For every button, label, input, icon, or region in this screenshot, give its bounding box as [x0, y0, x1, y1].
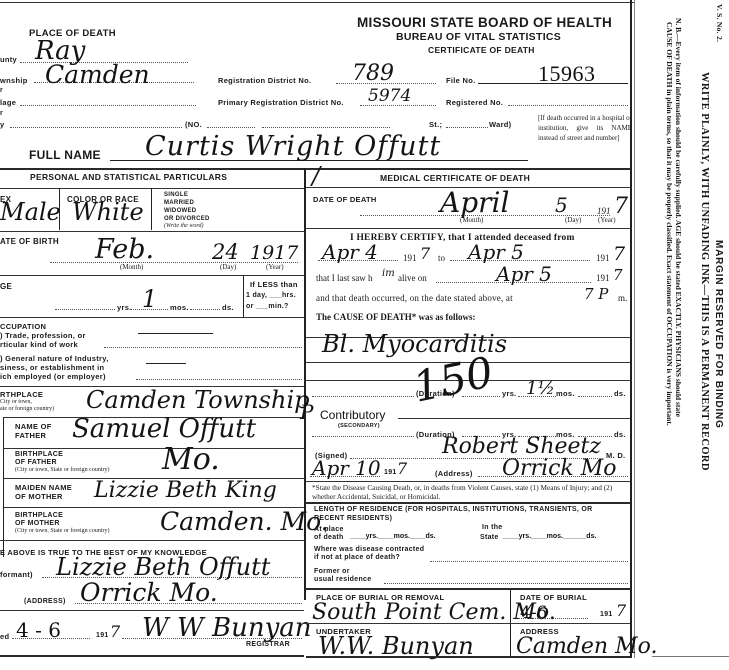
residence-heading-2: RECENT RESIDENTS) — [314, 515, 392, 522]
signed-date-line — [310, 476, 380, 477]
address-value[interactable]: Orrick Mo — [502, 456, 617, 481]
birthplace-label-3: ate or foreign country) — [0, 406, 54, 412]
death-day-caption: (Day) — [565, 216, 581, 224]
certificate-type: CERTIFICATE OF DEATH — [428, 45, 535, 55]
death-year-suffix[interactable]: 7 — [614, 194, 628, 219]
township-label: wnship — [0, 76, 28, 85]
disease-contracted-label-1: Where was disease contracted — [314, 546, 424, 553]
father-bp-label-3: (City or town, State or foreign country) — [15, 467, 109, 473]
mother-bp-label-2: OF MOTHER — [15, 520, 60, 527]
registration-district-label: Registration District No. — [218, 76, 311, 85]
father-name-label-2: FATHER — [15, 431, 46, 440]
death-time-suffix: m. — [618, 293, 627, 303]
death-month[interactable]: April — [440, 186, 509, 219]
duration-mos-value[interactable]: 1½ — [526, 378, 555, 399]
industry-label-1: ) General nature of Industry, — [0, 354, 109, 363]
occupation-line — [104, 347, 302, 348]
attended-to-year-suffix[interactable]: 7 — [613, 243, 625, 265]
occupation-label-2: ) Trade, profession, or — [0, 331, 86, 340]
mother-name-label-2: OF MOTHER — [15, 492, 63, 501]
disease-contracted-label-2: if not at place of death? — [314, 554, 400, 561]
father-name-value[interactable]: Samuel Offutt — [72, 414, 256, 444]
village-line[interactable] — [20, 105, 196, 106]
marital-widowed: WIDOWED — [164, 208, 196, 214]
bureau-subtitle: BUREAU OF VITAL STATISTICS — [396, 31, 561, 43]
death-day[interactable]: 5 — [555, 193, 568, 217]
duration-mos-label-1: mos. — [556, 389, 575, 398]
contributory-line[interactable] — [398, 418, 630, 419]
address-label: (Address) — [435, 469, 473, 478]
attended-to-label: to — [438, 253, 445, 263]
certify-text: I HEREBY CERTIFY, that I attended deceas… — [350, 233, 575, 243]
former-residence-line[interactable] — [384, 583, 628, 584]
duration-yrs-label-1: yrs. — [502, 389, 517, 398]
margin-reserved-text: MARGIN RESERVED FOR BINDING — [713, 240, 724, 429]
instruction-note-2: CAUSE OF DEATH in plain terms, so that i… — [665, 22, 674, 426]
informant-divider — [0, 610, 304, 611]
marital-divider — [0, 231, 304, 232]
sex-value[interactable]: Male — [0, 198, 61, 226]
occupation-label-3: rticular kind of work — [0, 340, 78, 349]
parents-left-border — [3, 417, 4, 557]
filed-date[interactable]: 4 - 6 — [16, 618, 61, 642]
race-divider — [151, 188, 152, 230]
occupation-value-dash[interactable] — [138, 333, 213, 334]
industry-label-3: ich employed (or employer) — [0, 372, 106, 381]
less-than-line-1: If LESS than — [250, 280, 298, 289]
age-yrs-label: yrs. — [117, 303, 132, 312]
last-saw-text-1: that I last saw h — [316, 273, 373, 283]
registered-no-line[interactable] — [508, 105, 628, 106]
township-value[interactable]: Camden — [45, 60, 150, 89]
file-no-value[interactable]: 15963 — [538, 61, 596, 87]
city-label: y — [0, 120, 4, 129]
mother-bp-value[interactable]: Camden. Mo. — [160, 507, 329, 536]
registrar-label: REGISTRAR — [246, 641, 290, 648]
father-bp-label-2: OF FATHER — [15, 459, 57, 466]
duration-ds-label-1: ds. — [614, 389, 626, 398]
death-time-value[interactable]: 7 P — [584, 285, 608, 303]
industry-value-dash[interactable] — [146, 363, 186, 364]
margin-bottom-line — [652, 656, 729, 657]
informant-address-label: (ADDRESS) — [24, 598, 66, 605]
date-of-death-label: DATE OF DEATH — [313, 195, 377, 204]
dob-label: ATE OF BIRTH — [0, 237, 59, 246]
last-saw-year-prefix: 191 — [596, 273, 610, 283]
ward-line[interactable] — [446, 127, 488, 128]
write-plainly-text: WRITE PLAINLY, WITH UNFADING INK—THIS IS… — [699, 72, 710, 471]
duration-yrs-line-1[interactable] — [462, 396, 500, 397]
burial-date-line — [518, 618, 588, 619]
street-line[interactable] — [262, 127, 390, 128]
footnote-divider — [306, 502, 630, 504]
father-name-divider — [3, 448, 304, 449]
attended-to-year-prefix: 191 — [596, 253, 610, 263]
right-border-2 — [634, 0, 635, 658]
street-label: St.; — [429, 120, 442, 129]
dob-day-caption: (Day) — [220, 263, 236, 271]
at-place-label-1: At place — [314, 526, 344, 533]
or-label-1: r — [0, 87, 3, 94]
last-saw-text-2: alive on — [398, 273, 427, 283]
attended-from-year-suffix[interactable]: 7 — [420, 244, 430, 263]
registrar-signature[interactable]: W W Bunyan — [142, 613, 312, 643]
form-number: V. S. No. 2. — [715, 4, 724, 42]
signed-year-suffix[interactable]: 7 — [397, 459, 407, 478]
instruction-note-1: N. B.—Every item of information should b… — [674, 18, 683, 417]
attended-to-date[interactable]: Apr 5 — [468, 240, 524, 264]
burial-year-suffix[interactable]: 7 — [616, 601, 626, 620]
duration-ds-line-1[interactable] — [578, 396, 612, 397]
age-ds-line[interactable] — [190, 309, 220, 310]
contributory-check-mark: P — [300, 400, 313, 424]
dob-day[interactable]: 24 — [212, 240, 239, 264]
at-place-fields[interactable]: ____yrs.____mos.____ds. — [350, 533, 470, 543]
mother-bp-label-3: (City or town, State or foreign country) — [15, 528, 109, 534]
age-label: GE — [0, 282, 12, 291]
duration-line-1 — [312, 396, 414, 397]
secondary-label: (SECONDARY) — [338, 423, 380, 429]
burial-row-divider — [306, 623, 630, 624]
burial-date-value[interactable]: 4-6 — [520, 603, 547, 623]
birthplace-label-1: RTHPLACE — [0, 390, 43, 399]
hospital-note: [If death occurred in a hospital or inst… — [538, 113, 632, 143]
dob-year-caption: (Year) — [266, 263, 284, 271]
last-saw-year-suffix[interactable]: 7 — [613, 266, 623, 284]
medical-check-mark: / — [312, 162, 320, 190]
mother-bp-label-1: BIRTHPLACE — [15, 512, 63, 519]
duration-label-1: (Duration) — [416, 389, 455, 398]
filed-year-prefix: 191 — [96, 632, 109, 639]
marital-single: SINGLE — [164, 192, 188, 198]
duration-ds-label-2: ds. — [614, 430, 626, 439]
dob-month-caption: (Month) — [120, 263, 143, 271]
marital-divorced: OR DIVORCED — [164, 216, 210, 222]
last-saw-pronoun[interactable]: im — [382, 268, 395, 279]
board-title: MISSOURI STATE BOARD OF HEALTH — [357, 15, 612, 30]
age-yrs-line[interactable] — [55, 309, 115, 310]
age-ds-label: ds. — [222, 303, 234, 312]
attended-from-year-prefix: 191 — [403, 253, 417, 263]
age-mos-value[interactable]: 1 — [142, 285, 157, 313]
father-name-label-1: NAME OF — [15, 422, 52, 431]
residence-divider — [306, 588, 630, 590]
death-month-caption: (Month) — [460, 216, 483, 224]
personal-heading-divider — [0, 188, 304, 189]
mother-name-value[interactable]: Lizzie Beth King — [94, 478, 277, 503]
in-the-label-2: State — [480, 534, 499, 541]
personal-heading: PERSONAL AND STATISTICAL PARTICULARS — [30, 172, 227, 182]
medical-heading: MEDICAL CERTIFICATE OF DEATH — [380, 173, 530, 183]
street-no-line[interactable] — [207, 127, 255, 128]
signed-year-prefix: 191 — [384, 469, 397, 476]
attended-from-date[interactable]: Apr 4 — [322, 240, 378, 264]
race-value[interactable]: White — [72, 198, 144, 226]
less-than-divider — [243, 275, 244, 317]
file-no-label: File No. — [446, 76, 476, 85]
signature-divider — [306, 481, 630, 482]
birthplace-value[interactable]: Camden Township — [86, 386, 310, 414]
less-than-line-3: or ___min.? — [246, 303, 289, 310]
county-label: unty — [0, 55, 17, 64]
less-than-line-2: 1 day, ___hrs. — [246, 292, 296, 299]
full-name-label: FULL NAME — [29, 148, 101, 162]
occupation-label-1: CCUPATION — [0, 322, 46, 331]
industry-line — [136, 379, 302, 380]
street-no-label: (NO. — [185, 120, 202, 129]
top-border — [0, 2, 635, 3]
disease-contracted-line[interactable] — [430, 561, 628, 562]
burial-year-prefix: 191 — [600, 611, 613, 618]
bottom-left-border — [0, 655, 304, 657]
informant-address-value[interactable]: Orrick Mo. — [80, 578, 218, 607]
filed-year-suffix[interactable]: 7 — [110, 622, 120, 641]
marital-value[interactable] — [230, 195, 300, 225]
sex-divider — [59, 188, 60, 230]
former-residence-label-2: usual residence — [314, 576, 371, 583]
father-bp-label-1: BIRTHPLACE — [15, 451, 63, 458]
birthplace-label-2: City or town, — [0, 399, 32, 405]
certificate-document: MISSOURI STATE BOARD OF HEALTH BUREAU OF… — [0, 0, 729, 670]
dob-year[interactable]: 1917 — [250, 242, 298, 264]
industry-label-2: siness, or establishment in — [0, 363, 104, 372]
death-year-caption: (Year) — [598, 216, 616, 224]
death-year-prefix: 191 — [597, 206, 611, 216]
mother-name-label-1: MAIDEN NAME — [15, 483, 72, 492]
cause-text: The CAUSE OF DEATH* was as follows: — [316, 312, 476, 322]
or-label-2: r — [0, 110, 3, 117]
father-bp-value[interactable]: Mo. — [162, 442, 220, 477]
death-time-text: and that death occurred, on the date sta… — [316, 293, 513, 303]
mother-bp-divider — [0, 540, 304, 541]
burial-date-label: DATE OF BURIAL — [520, 593, 587, 602]
registered-no-label: Registered No. — [446, 98, 503, 107]
contributory-label: Contributory — [320, 408, 385, 422]
burial-divider — [510, 590, 511, 658]
age-mos-label: mos. — [170, 303, 189, 312]
residence-heading-1: LENGTH OF RESIDENCE (FOR HOSPITALS, INST… — [314, 506, 592, 513]
bottom-right-border — [306, 656, 630, 658]
in-state-fields[interactable]: ____yrs.____mos.______ds. — [503, 533, 628, 543]
filed-label: ed — [0, 632, 9, 641]
primary-district-value[interactable]: 5974 — [368, 86, 411, 106]
at-place-label-2: of death — [314, 534, 344, 541]
date-of-death-divider — [306, 228, 630, 229]
former-residence-label-1: Former or — [314, 568, 350, 575]
informant-value[interactable]: Lizzie Beth Offutt — [56, 553, 270, 581]
footnote: *State the Disease Causing Death, or, in… — [312, 483, 628, 501]
full-name-value[interactable]: Curtis Wright Offutt — [145, 131, 441, 162]
duration-line-2 — [312, 436, 414, 437]
marital-married: MARRIED — [164, 200, 194, 206]
marital-note: (Write the word) — [164, 223, 203, 229]
dob-month[interactable]: Feb. — [95, 234, 154, 265]
ward-label: Ward) — [489, 120, 511, 129]
informant-label: formant) — [0, 570, 33, 579]
right-border — [630, 0, 632, 658]
last-saw-date[interactable]: Apr 5 — [496, 262, 552, 286]
primary-district-label: Primary Registration District No. — [218, 98, 344, 107]
village-label: lage — [0, 98, 16, 107]
dob-divider — [0, 275, 304, 276]
registration-district-value[interactable]: 789 — [352, 61, 394, 86]
age-divider — [0, 317, 304, 318]
in-the-label-1: In the — [482, 524, 502, 531]
city-line[interactable] — [10, 127, 182, 128]
